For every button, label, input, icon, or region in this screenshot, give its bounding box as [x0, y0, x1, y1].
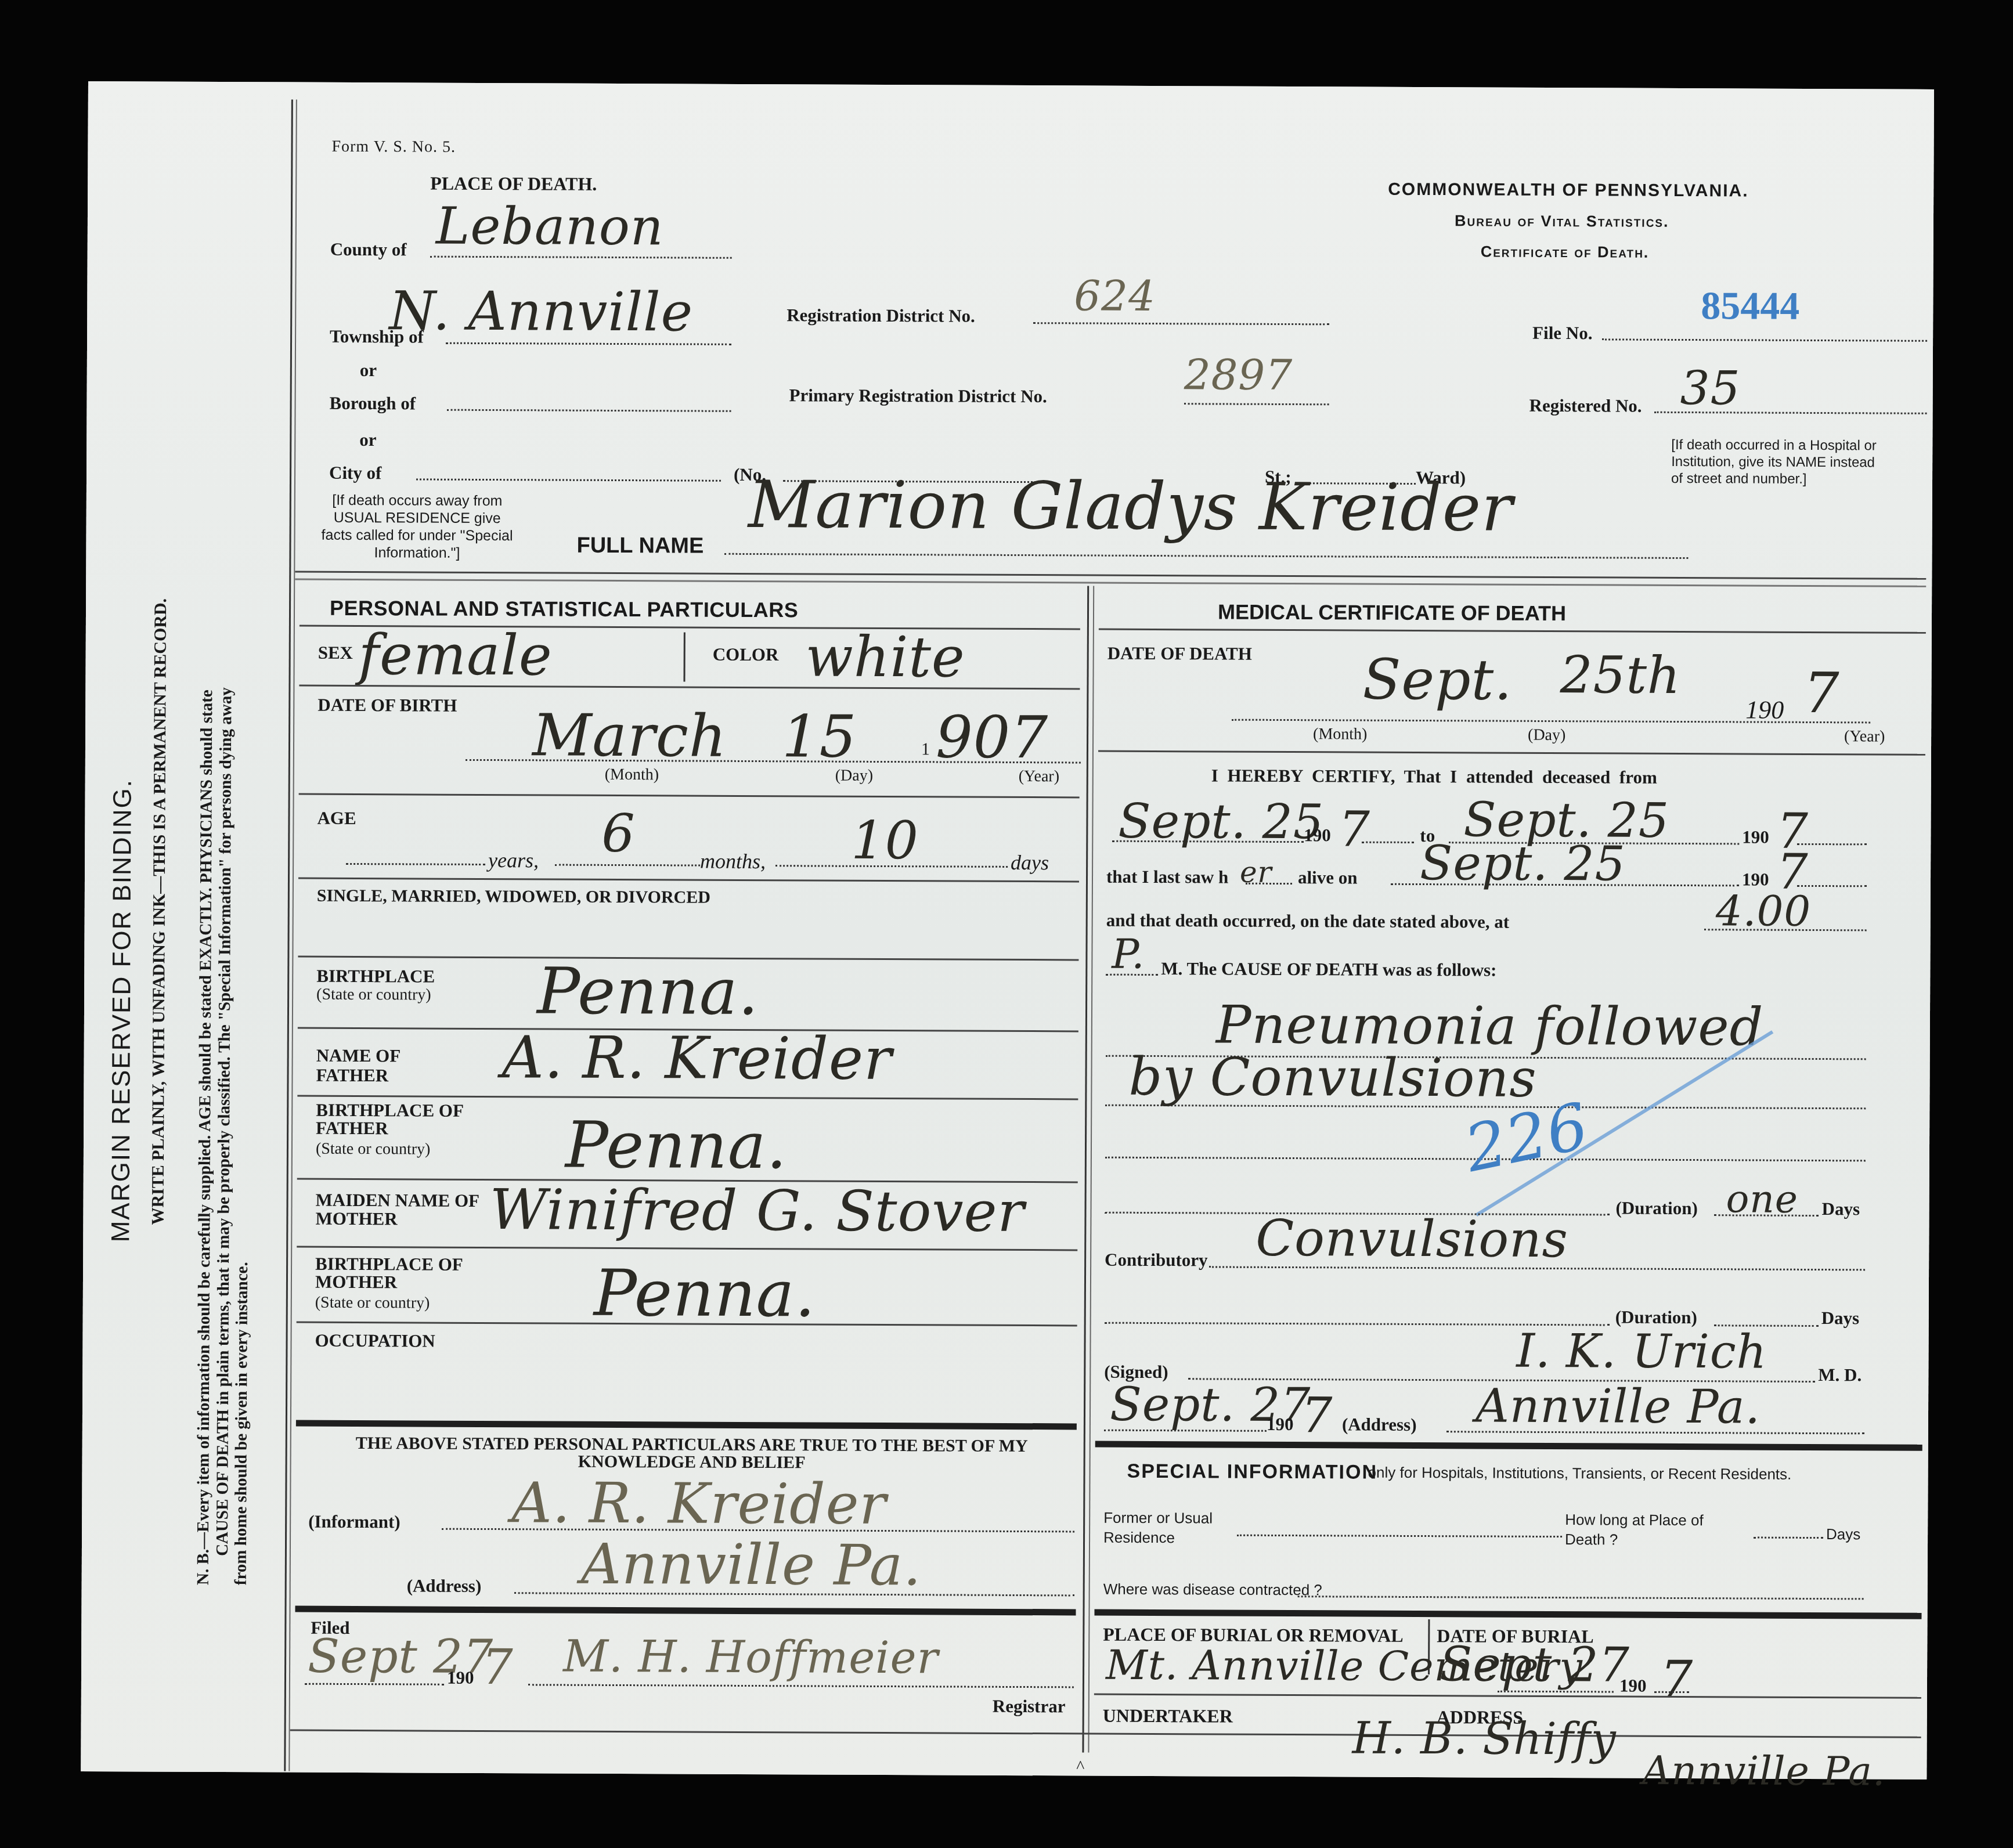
years-word: years, — [488, 848, 539, 872]
birthplace-value: Penna. — [537, 954, 759, 1029]
father-value: A. R. Kreider — [502, 1023, 892, 1093]
usual-residence-note: [If death occurs away from USUAL RESIDEN… — [321, 492, 513, 562]
burial-year-line — [1654, 1691, 1689, 1693]
column-divider-inner — [1088, 586, 1094, 1753]
color-value: white — [805, 624, 965, 690]
age-days: 10 — [851, 810, 919, 872]
color-label: COLOR — [713, 644, 779, 665]
row-divider — [299, 793, 1080, 799]
physician-signature: I. K. Urich — [1516, 1324, 1767, 1379]
or-label-2: or — [359, 429, 376, 450]
dob-year-caption: (Year) — [1019, 767, 1059, 786]
md-label: M. D. — [1818, 1365, 1862, 1385]
burial-date-line — [1498, 1691, 1614, 1693]
cause-primary-line2: by Convulsions — [1128, 1046, 1536, 1109]
duration-label: (Duration) — [1615, 1198, 1697, 1219]
dod-label: DATE OF DEATH — [1107, 643, 1252, 665]
last-saw-text: that I last saw h — [1106, 867, 1228, 888]
reg-district-line — [1033, 322, 1329, 325]
death-occurred-text: and that death occurred, on the date sta… — [1106, 910, 1509, 933]
or-label-1: or — [360, 360, 377, 381]
file-no-line — [1602, 338, 1927, 341]
cause-intro: M. The CAUSE OF DEATH was as follows: — [1161, 958, 1496, 981]
dod-day-caption: (Day) — [1528, 726, 1565, 745]
dob-year-prefix: 1 — [921, 739, 930, 759]
burial-underline — [1094, 1694, 1921, 1699]
margin-binding-note: MARGIN RESERVED FOR BINDING. — [106, 779, 137, 1243]
ampm-line — [1106, 974, 1158, 976]
header-divider — [295, 571, 1926, 580]
mother-label: MAIDEN NAME OF MOTHER — [315, 1191, 501, 1229]
attended-to-year-prefix: 190 — [1742, 826, 1769, 847]
special-info-subtitle: only for Hospitals, Institutions, Transi… — [1368, 1464, 1867, 1484]
form-number: Form V. S. No. 5. — [331, 138, 456, 157]
last-saw-date: Sept. 25 — [1420, 836, 1626, 892]
primary-district-label: Primary Registration District No. — [789, 385, 1047, 407]
physician-address-label: (Address) — [1342, 1414, 1417, 1435]
row-divider — [298, 878, 1079, 883]
physician-address: Annville Pa. — [1476, 1378, 1761, 1434]
how-long-days-label: Days — [1826, 1525, 1860, 1543]
signed-year: 7 — [1301, 1387, 1333, 1443]
burial-date-value: Sept 27 — [1440, 1637, 1630, 1692]
reg-district-label: Registration District No. — [787, 305, 975, 326]
dod-month-caption: (Month) — [1313, 725, 1367, 743]
burial-year-prefix: 190 — [1619, 1676, 1647, 1697]
borough-line — [447, 409, 731, 412]
special-divider — [1095, 1441, 1922, 1451]
margin-nb-line3: from home should be given in every insta… — [232, 1262, 252, 1585]
informant-address-value: Annville Pa. — [581, 1532, 922, 1598]
dob-day: 15 — [782, 702, 857, 771]
father-birthplace-label: BIRTHPLACE OF FATHER — [316, 1101, 490, 1138]
bureau-heading: Bureau of Vital Statistics. — [1455, 212, 1669, 231]
duration-value: one — [1726, 1176, 1798, 1222]
dob-month-caption: (Month) — [605, 766, 659, 784]
mother-birthplace-value: Penna. — [594, 1256, 816, 1331]
sex-label: SEX — [318, 643, 353, 663]
dob-day-caption: (Day) — [835, 767, 873, 785]
city-label: City of — [329, 463, 382, 483]
contracted-label: Where was disease contracted ? — [1103, 1580, 1322, 1600]
attended-from-year: 7 — [1339, 800, 1370, 857]
margin-write-plainly: WRITE PLAINLY, WITH UNFADING INK—THIS IS… — [148, 598, 171, 1225]
signed-year-prefix: 190 — [1267, 1414, 1294, 1435]
form-left-border — [284, 100, 293, 1771]
attended-from-year-prefix: 190 — [1304, 825, 1331, 846]
registrar-line — [528, 1684, 1074, 1688]
row-divider — [297, 1095, 1078, 1100]
borough-label: Borough of — [330, 393, 416, 414]
undertaker-label: UNDERTAKER — [1103, 1705, 1233, 1727]
township-value: N. Annville — [389, 280, 693, 343]
hospital-note: [If death occurred in a Hospital or Inst… — [1671, 436, 1880, 488]
death-certificate-page: MARGIN RESERVED FOR BINDING. WRITE PLAIN… — [81, 81, 1934, 1780]
personal-section-title: PERSONAL AND STATISTICAL PARTICULARS — [330, 596, 799, 623]
bottom-border — [290, 1730, 1921, 1738]
informant-label: (Informant) — [308, 1511, 401, 1533]
file-no-label: File No. — [1532, 323, 1592, 344]
burial-year-value: 7 — [1660, 1650, 1693, 1709]
county-label: County of — [330, 239, 407, 261]
stray-mark: ^ — [1076, 1757, 1084, 1777]
sex-color-divider — [683, 632, 685, 681]
dod-month: Sept. — [1362, 647, 1513, 713]
filed-year-value: 7 — [482, 1638, 514, 1695]
contributory-value: Convulsions — [1256, 1210, 1568, 1269]
attended-from-year-line — [1362, 842, 1414, 843]
informant-statement: THE ABOVE STATED PERSONAL PARTICULARS AR… — [309, 1435, 1075, 1473]
days-word: days — [1011, 850, 1049, 875]
medical-section-title: MEDICAL CERTIFICATE OF DEATH — [1218, 600, 1566, 626]
contracted-line — [1298, 1596, 1864, 1600]
city-line — [416, 478, 721, 481]
file-number-stamp: 85444 — [1701, 283, 1799, 329]
registered-no-label: Registered No. — [1529, 395, 1642, 417]
informant-value: A. R. Kreider — [511, 1470, 886, 1537]
dod-year-prefix: 190 — [1745, 695, 1784, 724]
how-long-line — [1754, 1537, 1823, 1539]
father-label: NAME OF FATHER — [316, 1046, 432, 1086]
undertaker-address-value: Annville Pa. — [1642, 1748, 1885, 1795]
commonwealth-heading: COMMONWEALTH OF PENNSYLVANIA. — [1388, 180, 1748, 201]
birthplace-caption: (State or country) — [316, 986, 431, 1005]
ampm-value: P. — [1112, 930, 1145, 978]
dob-month: March — [532, 701, 727, 770]
alive-on-text: alive on — [1298, 867, 1358, 888]
informant-address-label: (Address) — [407, 1575, 482, 1597]
row-divider — [1099, 629, 1926, 634]
filed-divider — [295, 1606, 1076, 1616]
row-divider — [297, 1246, 1077, 1251]
death-time: 4.00 — [1716, 886, 1812, 936]
reg-district-value: 624 — [1074, 271, 1156, 320]
primary-district-value: 2897 — [1184, 350, 1293, 399]
informant-divider — [296, 1420, 1077, 1430]
county-value: Lebanon — [436, 196, 664, 257]
birthplace-label: BIRTHPLACE — [316, 966, 435, 987]
father-birthplace-value: Penna. — [565, 1108, 788, 1183]
age-label: AGE — [317, 808, 356, 829]
place-of-death-heading: PLACE OF DEATH. — [430, 173, 597, 195]
dob-year: 907 — [936, 703, 1048, 771]
dod-day: 25th — [1560, 645, 1680, 705]
primary-district-line — [1184, 403, 1329, 405]
mother-birthplace-label: BIRTHPLACE OF MOTHER — [315, 1255, 489, 1291]
certify-text: I HEREBY CERTIFY, That I attended deceas… — [1211, 765, 1657, 788]
age-months-line — [555, 864, 700, 867]
former-residence-line — [1237, 1535, 1562, 1537]
header-divider-2 — [295, 579, 1926, 587]
sex-value: female — [358, 622, 553, 688]
dod-year: 7 — [1803, 660, 1840, 726]
burial-divider — [1094, 1609, 1921, 1619]
row-divider — [1098, 750, 1925, 756]
full-name-line — [724, 553, 1688, 559]
registered-no-value: 35 — [1680, 361, 1741, 415]
registrar-signature: M. H. Hoffmeier — [563, 1630, 939, 1684]
how-long-label: How long at Place of Death ? — [1565, 1510, 1739, 1550]
dob-label: DATE OF BIRTH — [318, 695, 457, 716]
duration-days-label: Days — [1821, 1199, 1860, 1219]
full-name-label: FULL NAME — [576, 533, 704, 559]
certificate-heading: Certificate of Death. — [1481, 243, 1650, 261]
special-info-title: SPECIAL INFORMATION — [1127, 1460, 1377, 1484]
father-birthplace-caption: (State or country) — [316, 1140, 431, 1159]
full-name-value: Marion Gladys Kreider — [748, 467, 1513, 546]
last-saw-suffix-line — [1246, 883, 1292, 885]
months-word: months, — [700, 849, 766, 874]
mother-birthplace-caption: (State or country) — [315, 1294, 430, 1313]
column-divider — [1082, 586, 1089, 1753]
duration2-days-label: Days — [1821, 1308, 1860, 1329]
filed-year-prefix: 190 — [447, 1667, 474, 1688]
contributory-label: Contributory — [1105, 1250, 1208, 1271]
former-residence-label: Former or Usual Residence — [1103, 1508, 1237, 1548]
undertaker-value: H. B. Shiffy — [1352, 1712, 1617, 1765]
age-years-line — [346, 863, 485, 865]
occupation-label: OCCUPATION — [315, 1330, 435, 1352]
dod-year-caption: (Year) — [1844, 727, 1885, 746]
marital-label: SINGLE, MARRIED, WIDOWED, OR DIVORCED — [317, 886, 723, 908]
mother-value: Winifred G. Stover — [489, 1177, 1024, 1244]
attended-from-date: Sept. 25 — [1118, 794, 1324, 850]
age-months: 6 — [601, 803, 636, 864]
registrar-label: Registrar — [993, 1696, 1066, 1717]
